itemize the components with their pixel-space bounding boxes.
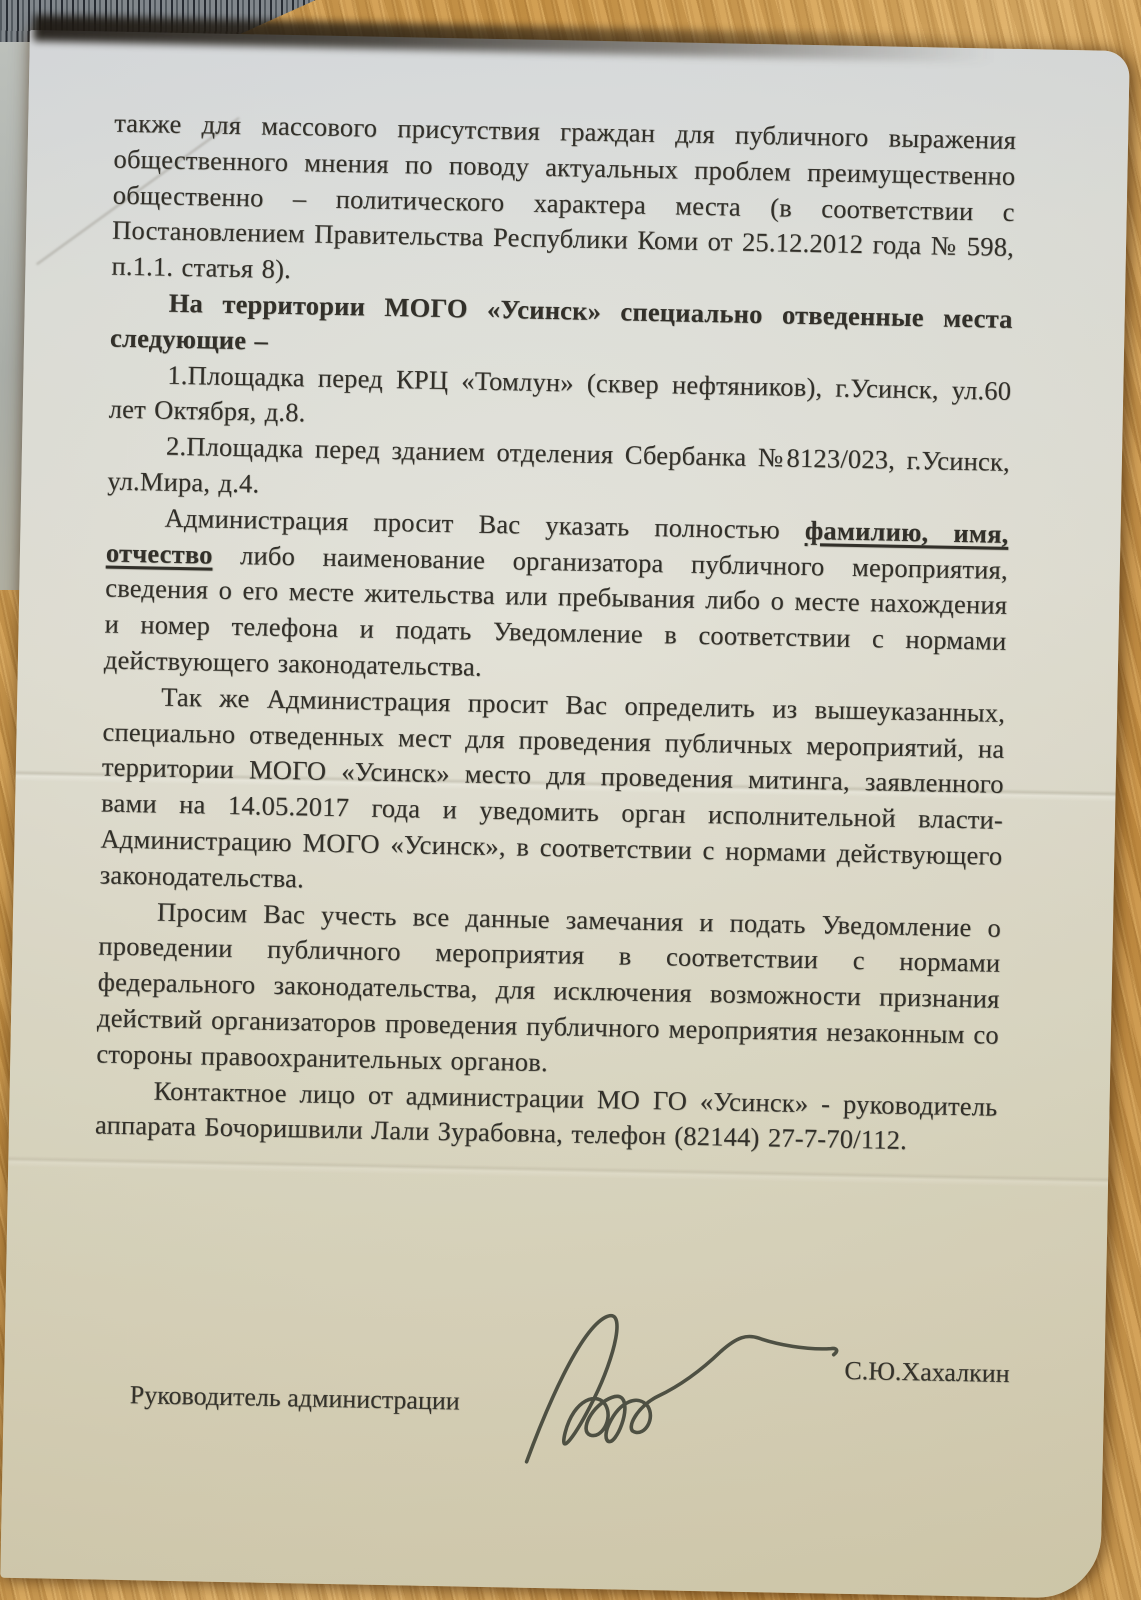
text-segment: Контактное лицо от администрации МО ГО «… <box>95 1075 998 1155</box>
handwritten-signature <box>500 1291 847 1482</box>
document-paragraph: Администрация просит Вас указать полност… <box>104 499 1009 695</box>
document-body: также для массового присутствия граждан … <box>95 106 1017 1161</box>
text-segment: либо наименование организатора публичног… <box>104 539 1008 682</box>
signer-title: Руководитель администрации <box>130 1380 460 1416</box>
document-paragraph: Просим Вас учесть все данные замечания и… <box>96 893 1001 1089</box>
document-paragraph: Так же Администрация просит Вас определи… <box>99 678 1005 910</box>
letter-sheet: также для массового присутствия граждан … <box>0 30 1130 1599</box>
text-segment: Так же Администрация просит Вас определи… <box>100 681 1006 893</box>
document-paragraph: также для массового присутствия граждан … <box>111 106 1016 302</box>
photo-of-document: { "photo": { "scene": "official letter l… <box>0 0 1141 1600</box>
signer-name: С.Ю.Хахалкин <box>844 1356 1010 1389</box>
text-segment: также для массового присутствия граждан … <box>111 108 1016 285</box>
text-segment: Просим Вас учесть все данные замечания и… <box>96 896 1001 1077</box>
